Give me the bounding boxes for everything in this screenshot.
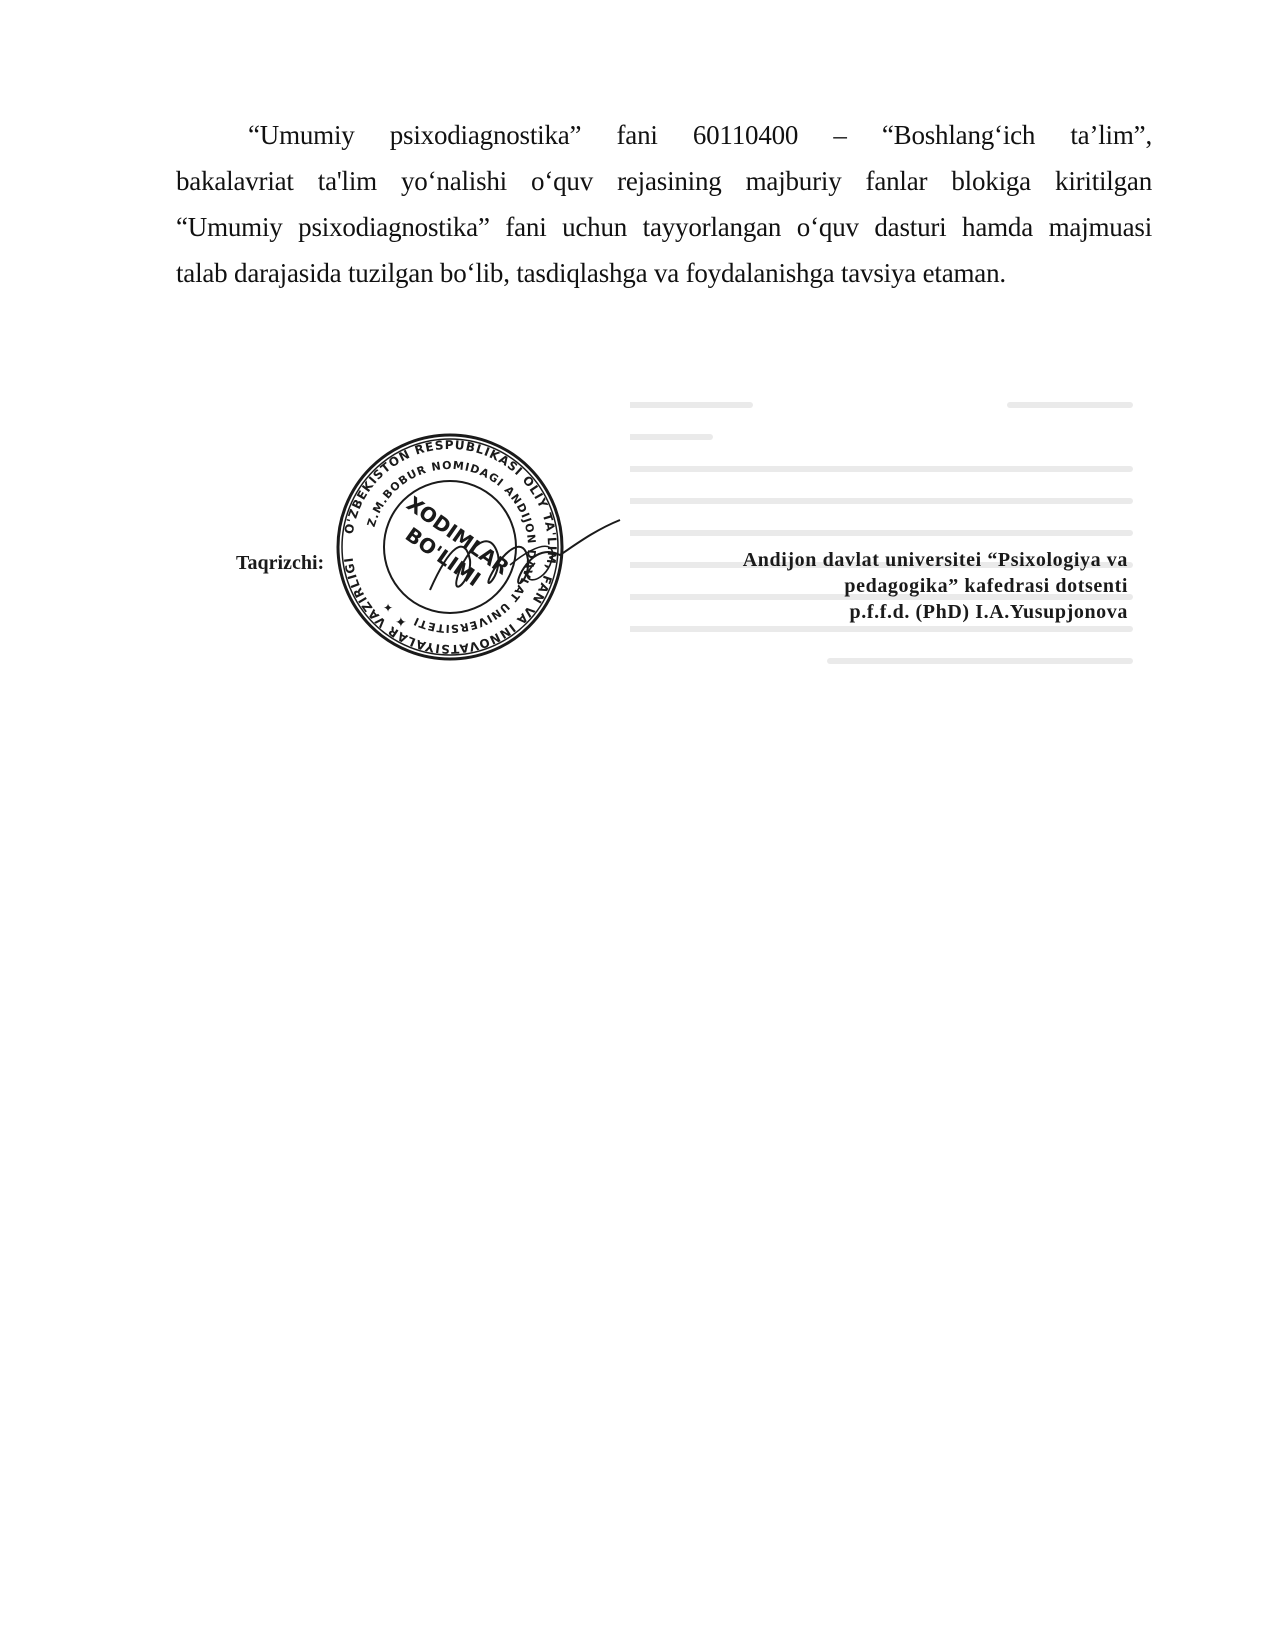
reviewer-affiliation: Andijon davlat universitei “Psixologiya … (640, 547, 1128, 625)
paragraph-line: bakalavriat ta'lim yo‘nalishi o‘quv reja… (176, 158, 1152, 204)
paragraph-line: talab darajasida tuzilgan bo‘lib, tasdiq… (176, 250, 1152, 296)
affiliation-line: p.f.f.d. (PhD) I.A.Yusupjonova (640, 599, 1128, 625)
review-paragraph: “Umumiy psixodiagnostika” fani 60110400 … (176, 112, 1152, 296)
stamp-star-icon: ✦ (395, 616, 407, 631)
affiliation-line: Andijon davlat universitei “Psixologiya … (640, 547, 1128, 573)
paragraph-line: “Umumiy psixodiagnostika” fani 60110400 … (176, 112, 1152, 158)
stamp-star-icon: ✦ (383, 601, 393, 615)
signature (410, 505, 625, 615)
paragraph-line: “Umumiy psixodiagnostika” fani uchun tay… (176, 204, 1152, 250)
bleed-through-text (630, 395, 1140, 695)
reviewer-label: Taqrizchi: (236, 552, 324, 575)
affiliation-line: pedagogika” kafedrasi dotsenti (640, 573, 1128, 599)
document-page: “Umumiy psixodiagnostika” fani 60110400 … (0, 0, 1275, 1650)
